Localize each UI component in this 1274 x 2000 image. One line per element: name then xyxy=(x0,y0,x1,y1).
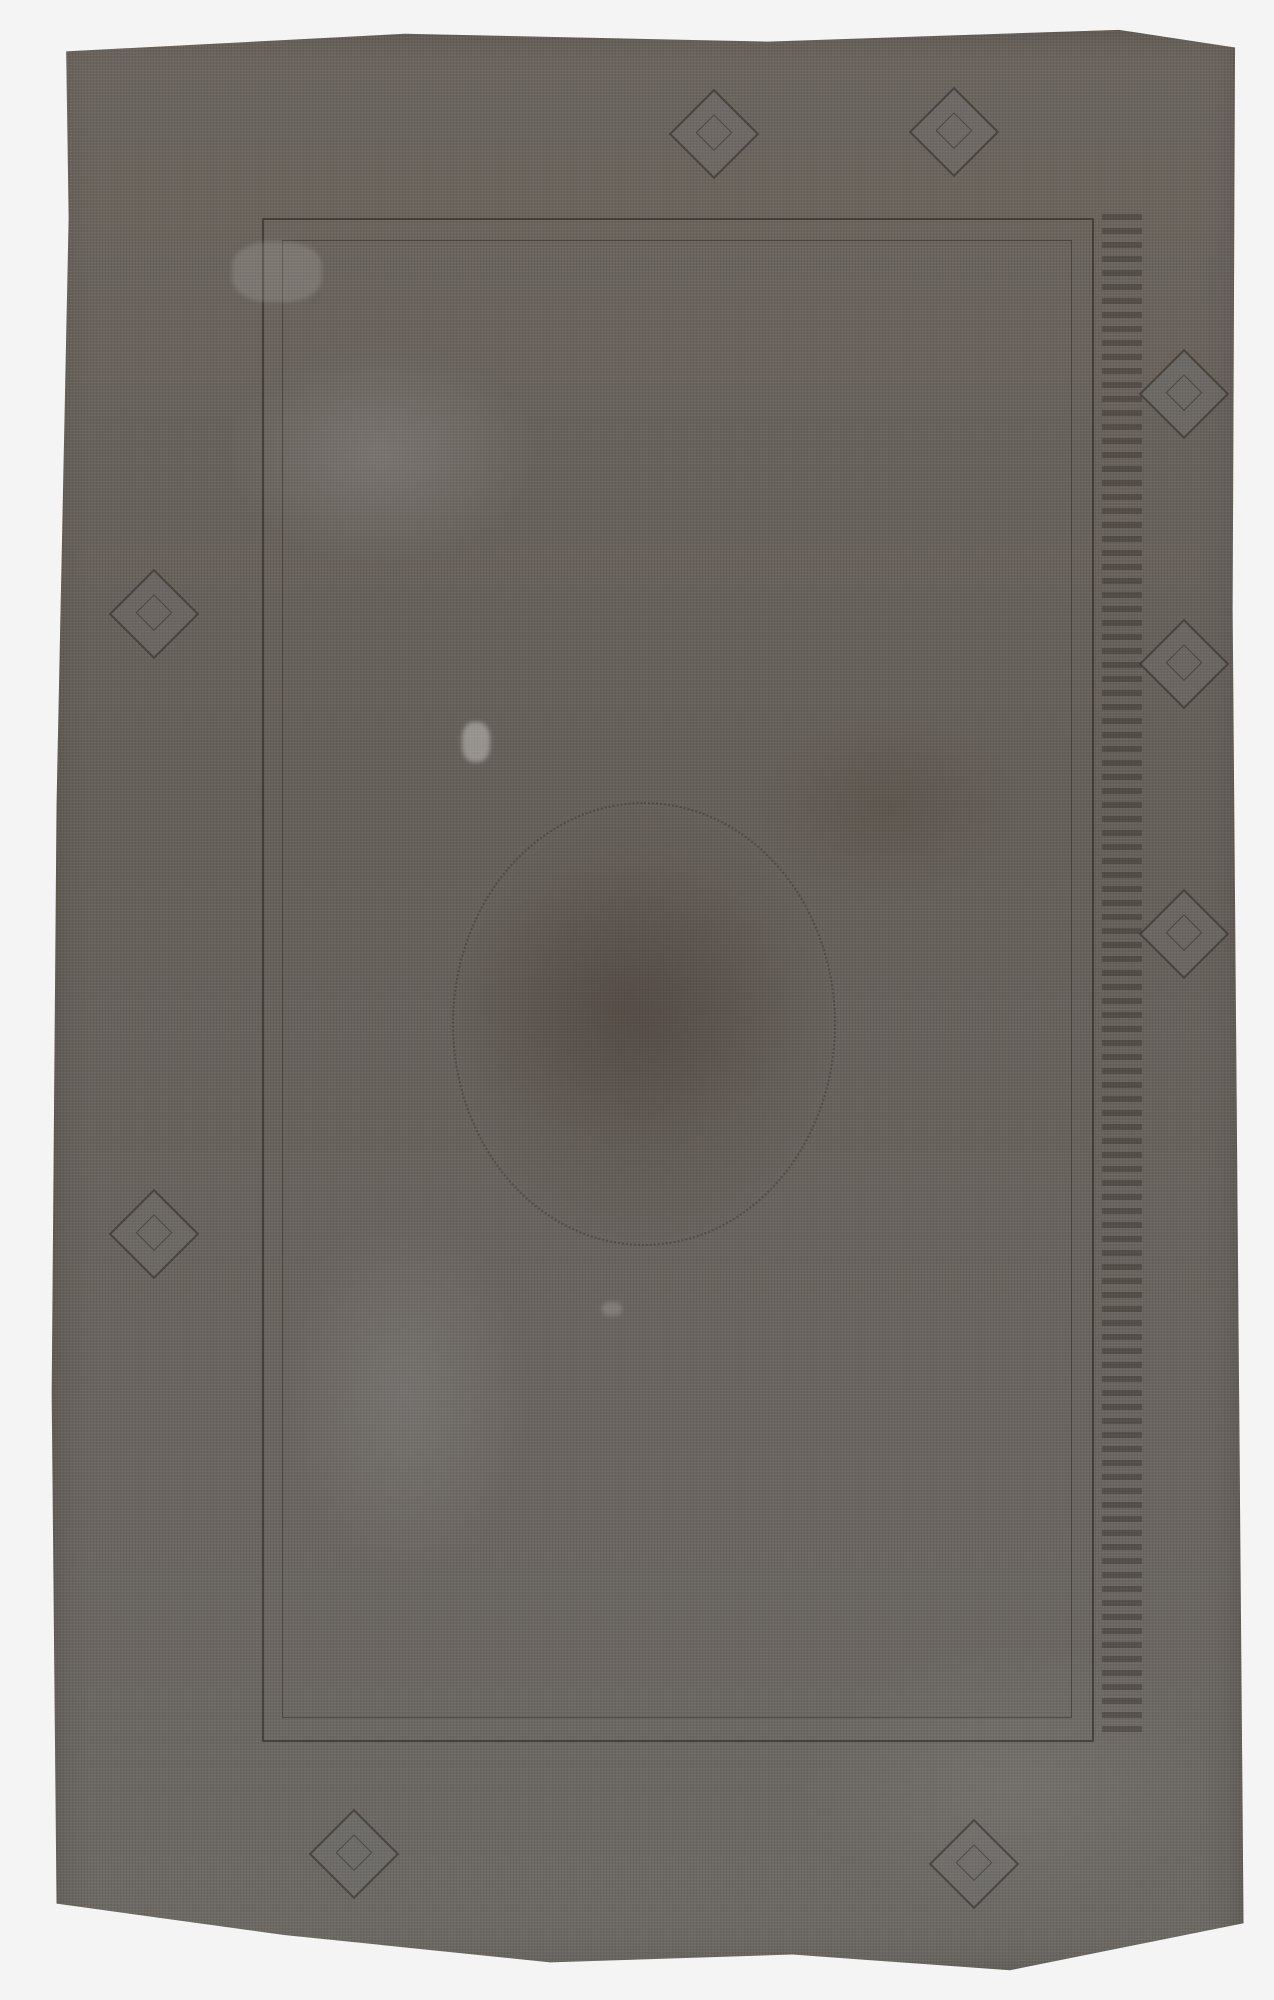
wear-spot xyxy=(232,242,322,302)
central-medallion xyxy=(452,802,836,1246)
border-diamond-motif xyxy=(309,1809,400,1900)
border-diamond-motif xyxy=(1139,889,1230,980)
border-diamond-motif xyxy=(109,1189,200,1280)
border-diamond-motif xyxy=(1139,619,1230,710)
wear-spot xyxy=(462,722,490,762)
border-diamond-motif xyxy=(909,87,1000,178)
border-diamond-motif xyxy=(1139,349,1230,440)
border-diamond-motif xyxy=(109,569,200,660)
rug xyxy=(42,22,1252,1982)
border-diamond-motif xyxy=(669,89,760,180)
wear-spot xyxy=(602,1302,622,1316)
border-diamond-motif xyxy=(929,1819,1020,1910)
rug-right-guard-band xyxy=(1102,212,1142,1732)
